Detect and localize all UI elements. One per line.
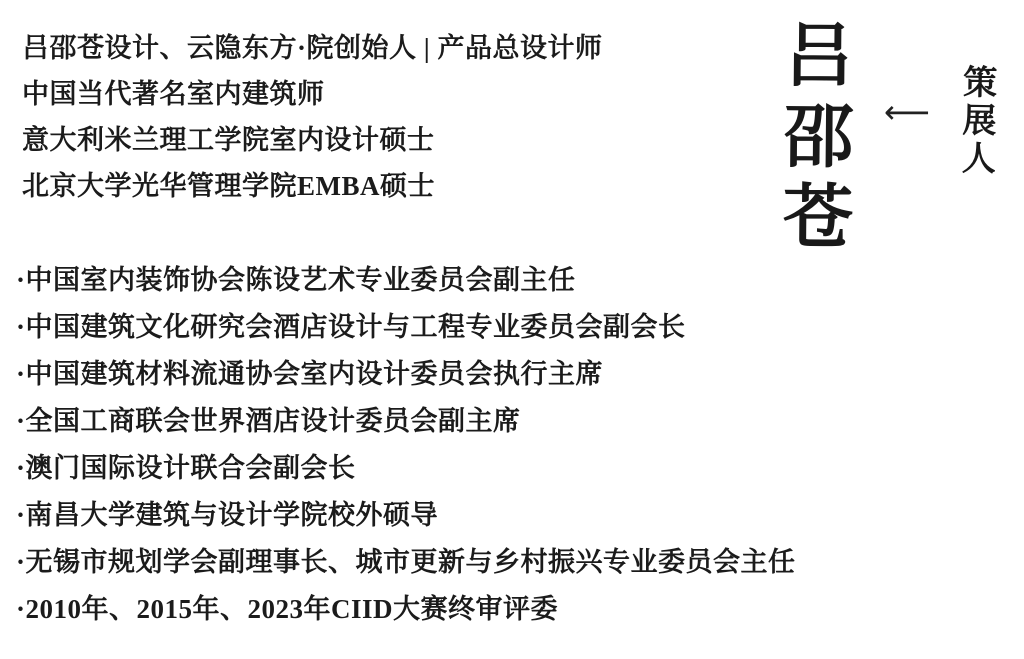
intro-line: 意大利米兰理工学院室内设计硕士 xyxy=(22,117,602,163)
intro-line: 北京大学光华管理学院EMBA硕士 xyxy=(22,163,602,209)
credential-line: ·无锡市规划学会副理事长、城市更新与乡村振兴专业委员会主任 xyxy=(16,539,796,586)
curator-label: 策展人 xyxy=(957,64,993,179)
left-arrow-icon: ⟵ xyxy=(884,96,930,128)
credential-line: ·2010年、2015年、2023年CIID大赛终审评委 xyxy=(16,586,796,633)
credentials-list: ·中国室内装饰协会陈设艺术专业委员会副主任 ·中国建筑文化研究会酒店设计与工程专… xyxy=(16,257,796,633)
intro-block: 吕邵苍设计、云隐东方·院创始人 | 产品总设计师 中国当代著名室内建筑师 意大利… xyxy=(22,25,602,209)
credential-line: ·澳门国际设计联合会副会长 xyxy=(16,445,796,492)
intro-line: 吕邵苍设计、云隐东方·院创始人 | 产品总设计师 xyxy=(22,25,602,71)
bio-slide: 吕邵苍设计、云隐东方·院创始人 | 产品总设计师 中国当代著名室内建筑师 意大利… xyxy=(0,0,1024,659)
intro-line: 中国当代著名室内建筑师 xyxy=(22,71,602,117)
credential-line: ·中国建筑材料流通协会室内设计委员会执行主席 xyxy=(16,351,796,398)
credential-line: ·中国室内装饰协会陈设艺术专业委员会副主任 xyxy=(16,257,796,304)
credential-line: ·全国工商联会世界酒店设计委员会副主席 xyxy=(16,398,796,445)
credential-line: ·南昌大学建筑与设计学院校外硕导 xyxy=(16,492,796,539)
credential-line: ·中国建筑文化研究会酒店设计与工程专业委员会副会长 xyxy=(16,304,796,351)
name-calligraphy: 吕邵苍 xyxy=(775,18,847,262)
